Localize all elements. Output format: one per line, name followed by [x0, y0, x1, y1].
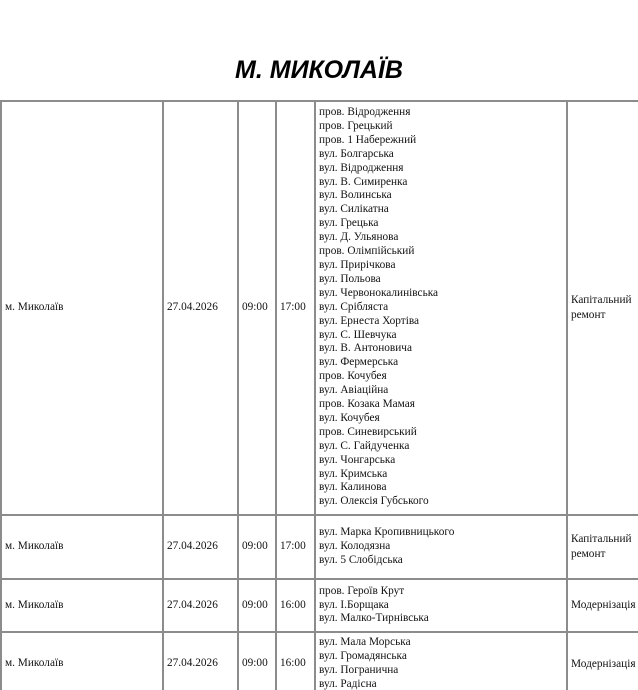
start-time-cell: 09:00: [238, 632, 276, 690]
start-time-cell: 09:00: [238, 579, 276, 632]
end-time-cell: 17:00: [276, 515, 315, 579]
streets-cell: вул. Марка Кропивницькоговул. Колодязнав…: [315, 515, 567, 579]
date-cell: 27.04.2026: [163, 101, 238, 515]
page-title: М. МИКОЛАЇВ: [0, 52, 638, 88]
city-cell: м. Миколаїв: [1, 579, 163, 632]
work-type-cell: Модернізація: [567, 632, 638, 690]
street-item: вул. Олексія Губського: [319, 495, 564, 509]
street-item: вул. 5 Слобідська: [319, 554, 564, 568]
street-item: пров. Козака Мамая: [319, 398, 564, 412]
streets-cell: пров. Відродженняпров. Грецькийпров. 1 Н…: [315, 101, 567, 515]
street-item: пров. Героїв Крут: [319, 585, 564, 599]
street-item: пров. Відродження: [319, 106, 564, 120]
street-item: пров. Олімпійський: [319, 245, 564, 259]
street-item: вул. В. Антоновича: [319, 342, 564, 356]
street-item: вул. Д. Ульянова: [319, 231, 564, 245]
end-time-cell: 16:00: [276, 579, 315, 632]
street-item: вул. В. Симиренка: [319, 176, 564, 190]
city-cell: м. Миколаїв: [1, 101, 163, 515]
street-item: вул. Кочубея: [319, 412, 564, 426]
street-item: вул. Колодязна: [319, 540, 564, 554]
start-time-cell: 09:00: [238, 101, 276, 515]
street-item: пров. Синевирський: [319, 426, 564, 440]
street-item: вул. С. Гайдученка: [319, 440, 564, 454]
street-item: вул. Марка Кропивницького: [319, 526, 564, 540]
street-item: вул. Прирічкова: [319, 259, 564, 273]
street-item: вул. С. Шевчука: [319, 329, 564, 343]
end-time-cell: 16:00: [276, 632, 315, 690]
streets-cell: вул. Мала Морськавул. Громадянськавул. П…: [315, 632, 567, 690]
street-item: вул. Мала Морська: [319, 636, 564, 650]
end-time-cell: 17:00: [276, 101, 315, 515]
street-item: вул. Чонгарська: [319, 454, 564, 468]
schedule-body: м. Миколаїв27.04.202609:0017:00пров. Від…: [1, 101, 638, 690]
street-item: вул. Погранична: [319, 664, 564, 678]
work-type-cell: Капітальний ремонт: [567, 515, 638, 579]
street-item: вул. Малко-Тирнівська: [319, 612, 564, 626]
table-row: м. Миколаїв27.04.202609:0017:00вул. Марк…: [1, 515, 638, 579]
street-item: вул. Калинова: [319, 481, 564, 495]
city-cell: м. Миколаїв: [1, 515, 163, 579]
street-item: вул. Ернеста Хортіва: [319, 315, 564, 329]
streets-cell: пров. Героїв Крутвул. І.Борщакавул. Малк…: [315, 579, 567, 632]
date-cell: 27.04.2026: [163, 579, 238, 632]
street-item: пров. Грецький: [319, 120, 564, 134]
start-time-cell: 09:00: [238, 515, 276, 579]
table-row: м. Миколаїв27.04.202609:0016:00пров. Гер…: [1, 579, 638, 632]
street-item: вул. Грецька: [319, 217, 564, 231]
street-item: вул. Болгарська: [319, 148, 564, 162]
street-item: вул. Польова: [319, 273, 564, 287]
street-item: вул. Срібляста: [319, 301, 564, 315]
city-cell: м. Миколаїв: [1, 632, 163, 690]
street-item: вул. Авіаційна: [319, 384, 564, 398]
table-row: м. Миколаїв27.04.202609:0016:00вул. Мала…: [1, 632, 638, 690]
street-item: вул. І.Борщака: [319, 599, 564, 613]
street-item: вул. Радісна: [319, 678, 564, 690]
street-item: вул. Громадянська: [319, 650, 564, 664]
street-item: пров. 1 Набережний: [319, 134, 564, 148]
street-item: вул. Червонокалинівська: [319, 287, 564, 301]
work-type-cell: Капітальний ремонт: [567, 101, 638, 515]
outage-schedule-table: м. Миколаїв27.04.202609:0017:00пров. Від…: [0, 100, 638, 690]
date-cell: 27.04.2026: [163, 515, 238, 579]
table-row: м. Миколаїв27.04.202609:0017:00пров. Від…: [1, 101, 638, 515]
date-cell: 27.04.2026: [163, 632, 238, 690]
street-item: вул. Відродження: [319, 162, 564, 176]
work-type-cell: Модернізація: [567, 579, 638, 632]
street-item: вул. Силікатна: [319, 203, 564, 217]
street-item: пров. Кочубея: [319, 370, 564, 384]
street-item: вул. Кримська: [319, 468, 564, 482]
street-item: вул. Фермерська: [319, 356, 564, 370]
street-item: вул. Волинська: [319, 189, 564, 203]
